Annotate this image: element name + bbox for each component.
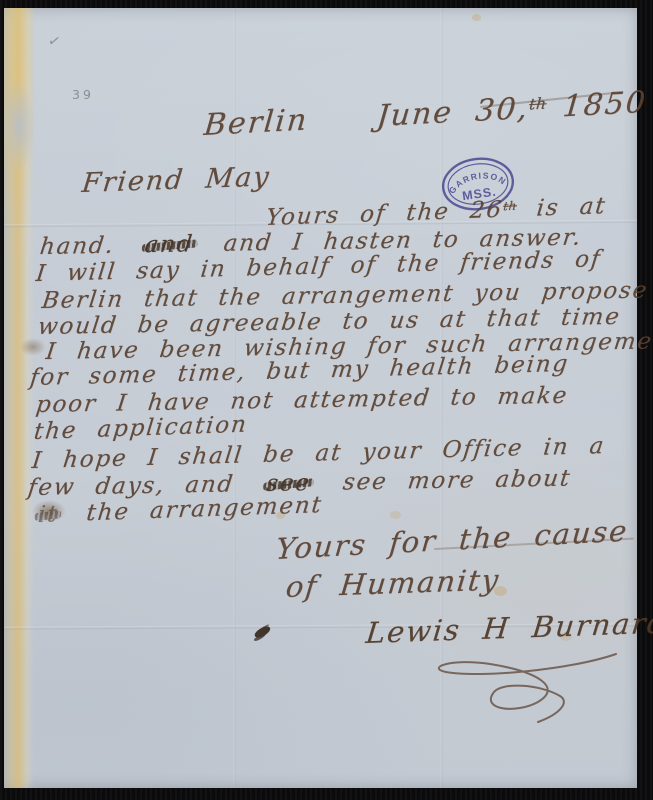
scanner-background: ✓ 39 GARRISON MSS. Berlin June 30,th 185… (0, 0, 653, 800)
salutation: Friend May (80, 161, 272, 199)
pencil-page-number: 39 (72, 87, 94, 102)
signature-flourish (420, 644, 620, 744)
body-text: see more about (341, 466, 572, 496)
dateline-superscript: th (528, 95, 547, 114)
struck-word: it (37, 501, 60, 528)
foxing-stain (390, 511, 401, 519)
dateline-month-day: June 30, (375, 91, 530, 134)
foxing-stain (472, 14, 481, 21)
ink-smudge (20, 338, 46, 356)
body-text: hand. (38, 233, 116, 260)
dateline-place: Berlin (202, 103, 309, 143)
body-text: is at (515, 193, 608, 222)
dateline-year: 1850 (561, 85, 648, 124)
closing-line-2: of Humanity (284, 563, 501, 604)
struck-word: and (143, 231, 195, 258)
pencil-checkmark: ✓ (46, 31, 62, 51)
aged-left-edge (4, 8, 34, 788)
dateline: Berlin June 30,th 1850 (202, 85, 648, 143)
letter-page: ✓ 39 GARRISON MSS. Berlin June 30,th 185… (4, 8, 637, 788)
